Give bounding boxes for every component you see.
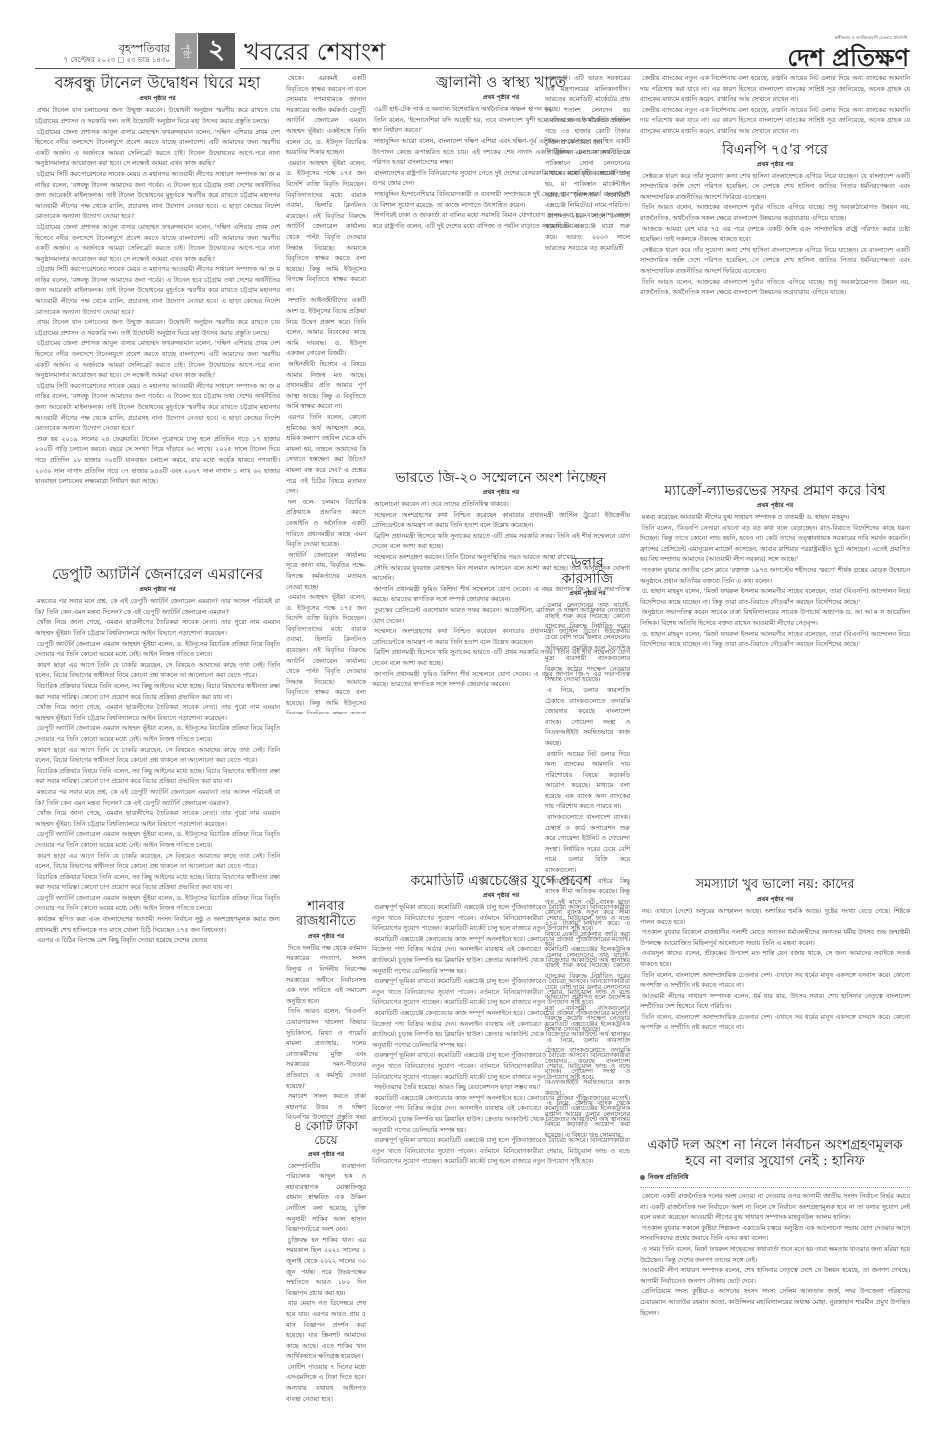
headline: শনিবার রাজধানীতে [286, 900, 366, 930]
masthead-date: ৭ সেপ্টেম্বর ২০২৩ □ ২৩ ভাদ্র ১৪৩০ [40, 54, 170, 66]
headline: ডলার কারসাজি [545, 555, 630, 587]
paragraph: গতকাল বুধবার বিকেলে রাজধানীর পলাশী মোড়ে… [640, 928, 910, 949]
article-body: মন্তব্য করেছেন আওয়ামী লীগের যুগ্ম সাধার… [640, 513, 910, 651]
divider [640, 1187, 910, 1188]
article-body: দিতে দলটির পক্ষ থেকে বর্তমান সরকারের পদত… [286, 944, 366, 1120]
paragraph: ব্যাংকগুলোতে বাংলাদেশ ব্যাংক। চেম্বার্স … [545, 813, 630, 877]
paragraph: ব্রিটিশ প্রধানমন্ত্রী হিসেবে ঋষি সুনাকের… [372, 532, 630, 553]
paragraph: চট্টগ্রাম সিটি করপোরেশনের সাবেক মেয়র ও … [35, 265, 280, 318]
paragraph: নেপাল: ২০০৭ সালে নেপালে কমোডিটি এক্সচেঞ্… [545, 212, 630, 254]
paragraph: এ সময় তিনি বলেন, মির্জা ফখরুল সাহেবদের … [640, 1245, 910, 1266]
headline: বঙ্গবন্ধু টানেল উদ্বোধন ঘিরে মহা [35, 74, 280, 92]
paragraph: খোঁজ নিয়ে জানা গেছে, এমরান ছাত্রলীগের ত… [35, 618, 280, 639]
byline: নিজস্ব প্রতিনিধি [640, 1172, 910, 1183]
paragraph: বিচারিক প্রক্রিয়ার বিষয়ে তিনি বলেন, সব… [35, 682, 280, 703]
paragraph: কোম্পানিটির ব্যবস্থাপনা পরিচালক আব্দুল হ… [286, 1162, 366, 1236]
paragraph: খোঁজ নিয়ে জানা গেছে, এমরান ছাত্রলীগের ত… [35, 703, 280, 724]
paragraph: থেকে। এরকমই একটি বিবৃতিতে স্বাক্ষর করবেন… [286, 74, 366, 159]
paragraph: অনুষ্ঠানে সভাপতিত্ব করেন সাবেক ঢাকা বিশ্… [640, 608, 910, 629]
headline: সমস্যাটা খুব ভালো নয়: কাদের [640, 878, 910, 893]
paragraph: পাকিস্তান: ২০০৭ সালের ১১ মে পাকিস্তানে স… [545, 148, 630, 212]
article-tunnel: বঙ্গবন্ধু টানেল উদ্বোধন ঘিরে মহা প্রথম প… [35, 74, 280, 562]
paragraph: ডেপুটি অ্যাটর্নি জেনারেল এমরান আহম্মদ ভূ… [35, 640, 280, 661]
article-saturday-capital: শনিবার রাজধানীতে প্রথম পৃষ্ঠার পর দিতে দ… [286, 900, 366, 1120]
paragraph: এমরান আহম্মদ ভূঁইয়া বলেন, ড. ইউনূসের পক… [286, 159, 366, 297]
article-body: সেক্টরকে ধারণ করে তাঁর সুযোগ্য কন্যা শেখ… [640, 172, 910, 299]
paragraph: ড. হাছান মাহমুদ বলেন, 'মির্জা ফখরুল ইসলা… [640, 630, 910, 651]
paragraph: প্রেসিডিয়াম সদস্য কুষ্টিয়া-৪ আসনের সংস… [640, 1287, 910, 1319]
headline: ভারতে জি-২০ সম্মেলনে অংশ নিচ্ছেন [372, 470, 630, 486]
headline: ৪ কোটি টাকা চেয়ে [286, 1120, 366, 1148]
article-body: কেন্দ্রীয় ব্যাংকের নতুন এক নির্দেশনায় … [640, 74, 910, 138]
paragraph: তিনি আরও বলেন, আজকের বাংলাদেশ দুর্বার গত… [640, 278, 910, 299]
article-macron: ম্যাক্রোঁ-ল্যাভরভের সফর প্রমাণ করে বিশ্ব… [640, 483, 910, 878]
continued-label: প্রথম পৃষ্ঠার পর [640, 159, 910, 170]
paragraph: নোটিশ পাওয়ার ৭ দিনের মধ্যে এসএমসিকে এ ট… [286, 1363, 366, 1405]
continued-label: প্রথম পৃষ্ঠার পর [640, 894, 910, 905]
continued-label: প্রথম পৃষ্ঠার পর [640, 500, 910, 511]
article-body: থেকে। এরকমই একটি বিবৃতিতে স্বাক্ষর করবেন… [286, 74, 366, 714]
paragraph: এ নিয়ে, ডলার কারসাজি ঠেকাতে ব্যাংকগুলোত… [545, 686, 630, 750]
paragraph: গতকাল বুধবার সকালে কুষ্টিয়া শিল্পকলা এক… [640, 1224, 910, 1245]
continued-label: প্রথম পৃষ্ঠার পর [545, 588, 630, 599]
paragraph: কারণ ছাড়া এর আগে তিনি যে চাকরি করেছেন, … [35, 746, 280, 767]
continued-label: প্রথম পৃষ্ঠার পর [372, 487, 630, 498]
paragraph: ওবায়দুল কাদের বলেন, শ্রীকৃষ্ণের উপদেশ ম… [640, 949, 910, 970]
article-four-crore: ৪ কোটি টাকা চেয়ে প্রথম পৃষ্ঠার পর কোম্প… [286, 1120, 366, 1446]
paragraph: আওয়ামী লীগ সাধারণ সম্পাদক বলেন, শেখ হাস… [640, 1266, 910, 1287]
paragraph: চট্টগ্রাম সিটি করপোরেশনের সাবেক মেয়র ও … [35, 170, 280, 223]
continued-label: প্রথম পৃষ্ঠার পর [286, 931, 366, 942]
article-body: এক্সচেঞ্জ। এটি ভারত সরকারের অর্থ মন্ত্রণ… [545, 74, 630, 254]
paragraph: এমরান আহম্মদ ভূঁইয়া বলেন, ড. ইউনূসের পক… [286, 593, 366, 714]
article-hanif: একটি দল অংশ না নিলে নির্বাচন অংশগ্রহণমূল… [640, 1138, 910, 1446]
divider [35, 68, 175, 69]
paragraph: মন্তব্য করেছেন আওয়ামী লীগের যুগ্ম সাধার… [640, 513, 910, 524]
paragraph: চট্টগ্রাম সিটি করপোরেশনের সাবেক মেয়র ও … [35, 382, 280, 435]
paragraph: কারণ ছাড়া এর আগে তিনি যে চাকরি করেছেন, … [35, 661, 280, 682]
paragraph: ডেপুটি অ্যাটর্নি জেনারেল এমরান আহম্মদ ভূ… [35, 894, 280, 915]
paragraph: ডলার লেনদেনের তথ্য যাচাই-বাছাই শুরু করে … [545, 601, 630, 686]
paragraph: এ নিয়ে, ডলার কারসাজি ঠেকাতে ব্যাংকগুলোত… [545, 1036, 630, 1100]
paragraph: এরপর তিনি বলেন, কোনো শ্রমিকের অর্থ আত্মস… [286, 413, 366, 498]
paragraph: কার্যক্রম স্থগিত করা এবং বাংলাদেশের আগাম… [35, 915, 280, 936]
paragraph: চট্টগ্রামের জেলা প্রশাসক আবুল বাসার মোহা… [35, 128, 280, 170]
paragraph: তিনি বলেন, বাংলাদেশ অসাম্প্রদায়িক চেতনা… [640, 971, 910, 992]
bullet-icon [640, 1175, 645, 1180]
continued-label: প্রথম পৃষ্ঠার পর [35, 93, 280, 104]
paragraph: তিনি আরও বলেন, 'বিএনপি চেয়ারপারসন খালেদ… [286, 1007, 366, 1092]
paragraph: প্রথম টানেল যান চলাচলের জন্য উন্মুক্ত কর… [35, 106, 280, 127]
paragraph: কোনো একটি রাজনৈতিক দলের অংশ নেওয়া না নে… [640, 1192, 910, 1224]
article-body: মন্তব্যের পর সবার মনে প্রশ্ন, কে এই ডেপু… [35, 597, 280, 947]
paragraph: বিচারিক প্রক্রিয়ার বিষয়ে তিনি বলেন, সব… [35, 873, 280, 894]
page-number: ২ [198, 33, 235, 69]
page-label: পৃষ্ঠা [175, 33, 197, 69]
headline: ম্যাক্রোঁ-ল্যাভরভের সফর প্রমাণ করে বিশ্ব [640, 483, 910, 499]
paragraph: এক্সচেঞ্জ। এটি ভারত সরকারের অর্থ মন্ত্রণ… [545, 74, 630, 148]
paragraph: আজকে আমরা বেশ মাত্র ৭৫ এর পরে দেশকে একটি… [640, 225, 910, 246]
paragraph: সেক্টরকে ধারণ করে তাঁর সুযোগ্য কন্যা শেখ… [640, 172, 910, 204]
paragraph: কেন্দ্রীয় ব্যাংকের নতুন এক নির্দেশনায় … [640, 74, 910, 106]
paragraph: অ্যাটর্নি জেনারেল কার্যালয় সূত্রে জানা … [286, 551, 366, 593]
paragraph: ড. হাছান মাহমুদ বলেন, 'মির্জা ফখরুল ইসলা… [640, 587, 910, 608]
paragraph: আলোচনা করবেন না। তবে তাদের প্রতিনিধিত্ব … [372, 500, 630, 511]
paragraph: খোঁজ নিয়ে জানা গেছে, এমরান ছাত্রলীগের ত… [35, 809, 280, 830]
paragraph: সম্প্রতি আইনজীবীদের একটি অংশ ড. ইউনূসের … [286, 296, 366, 360]
paragraph: মন্তব্যের পর সবার মনে প্রশ্ন, কে এই ডেপু… [35, 788, 280, 809]
article-deputy-ag-continued: থেকে। এরকমই একটি বিবৃতিতে স্বাক্ষর করবেন… [286, 74, 366, 714]
paragraph: বিচারিক প্রক্রিয়ার বিষয়ে তিনি বলেন, সব… [35, 767, 280, 788]
article-bnp-75: কেন্দ্রীয় ব্যাংকের নতুন এক নির্দেশনায় … [640, 74, 910, 472]
article-body: কোম্পানিটির ব্যবস্থাপনা পরিচালক আব্দুল হ… [286, 1162, 366, 1406]
paragraph: চট্টগ্রামের জেলা প্রশাসক আবুল বাসার মোহা… [35, 223, 280, 265]
article-commodity-continued: এক্সচেঞ্জ। এটি ভারত সরকারের অর্থ মন্ত্রণ… [545, 74, 630, 472]
paragraph: এ নিয়ে, কেন্দ্রীয় ব্যাংক থেকে রপ্তানি … [545, 1099, 630, 1141]
article-body: প্রথম টানেল যান চলাচলের জন্য উন্মুক্ত কর… [35, 106, 280, 487]
paragraph: সাধারণতও এর বাইরে কিছু ব্যাংক সীমা অতিক্… [545, 877, 630, 951]
paragraph: সম্মেলনে অংশগ্রহণের কথা নিশ্চিত করেছেন ক… [372, 511, 630, 532]
paragraph: প্রথম টানেল যান চলাচলের জন্য উন্মুক্ত কর… [35, 318, 280, 339]
headline: একটি দল অংশ না নিলে নির্বাচন অংশগ্রহণমূল… [640, 1138, 910, 1169]
paragraph: আইনজীবী হিসেবে এ বিষয়ে আমার নিজস্ব মত আ… [286, 360, 366, 413]
paragraph: দল বলে- চলমান বিচারিক প্রক্রিয়াকে প্রভা… [286, 498, 366, 551]
paragraph: তিনি বলেন, বাংলাদেশ অসাম্প্রদায়িক চেতনা… [640, 1013, 910, 1034]
article-deputy-ag: ডেপুটি অ্যাটর্নি জেনারেল এমরানের প্রথম প… [35, 566, 280, 1446]
byline-text: নিজস্ব প্রতিনিধি [648, 1173, 689, 1181]
paragraph: নয়। এখানে (দেশে) অসুরের আস্ফালন আছে। অশ… [640, 907, 910, 928]
paragraph: তিনি আরও বলেন, আজকের বাংলাদেশ দুর্বার গত… [640, 203, 910, 224]
paragraph: আওয়ামী লীগের সাধারণ সম্পাদক বলেন, ধর্ম … [640, 992, 910, 1013]
paragraph: যার মেয়াদ গত ডিসেম্বরে শেষ হয়ে যায়। এ… [286, 1299, 366, 1363]
paragraph: কারণ ছাড়া এর আগে তিনি যে চাকরি করেছেন, … [35, 852, 280, 873]
article-quader: সমস্যাটা খুব ভালো নয়: কাদের প্রথম পৃষ্ঠ… [640, 878, 910, 1136]
continued-label: প্রথম পৃষ্ঠার পর [35, 584, 280, 595]
paragraph: এরপর এ চিঠির বিপক্ষে বেশ কিছু বিবৃতি দেও… [35, 936, 280, 947]
paragraph: ডলার লেনদেনের তথ্য যাচাই-বাছাই শুরু করে … [545, 951, 630, 1036]
paragraph: গতকাল বুধবার জাতীয় প্রেস ক্লাবে 'রক্তাক… [640, 566, 910, 587]
article-body: ডলার লেনদেনের তথ্য যাচাই-বাছাই শুরু করে … [545, 601, 630, 1141]
paragraph: দিতে দলটির পক্ষ থেকে বর্তমান সরকারের পদত… [286, 944, 366, 1008]
paragraph: ডেপুটি অ্যাটর্নি জেনারেল এমরান আহম্মদ ভূ… [35, 724, 280, 745]
article-body: কোনো একটি রাজনৈতিক দলের অংশ নেওয়া না নে… [640, 1192, 910, 1319]
paragraph: চট্টগ্রামের জেলা প্রশাসক আবুল বাসার মোহা… [35, 339, 280, 381]
paragraph: কেন্দ্রীয় ব্যাংকের নতুন এক নির্দেশনায় … [640, 106, 910, 138]
paragraph: তিনি বলেন, 'বিএনপি নেতারা এখনো বড় বড় ক… [640, 524, 910, 566]
masthead: বৃহস্পতিবার ৭ সেপ্টেম্বর ২০২৩ □ ২৩ ভাদ্র… [0, 0, 945, 70]
headline: ডেপুটি অ্যাটর্নি জেনারেল এমরানের [35, 566, 280, 583]
paragraph: রপ্তানি আয়ের নিট ডলার দিয়ে অন্য ব্যাংক… [545, 750, 630, 814]
divider [240, 68, 905, 69]
paragraph: শুরু হয় ২০১৯ সালের ২৪ ফেব্রুয়ারি। টানে… [35, 435, 280, 488]
headline: বিএনপি ৭৫'র পরে [640, 142, 910, 158]
article-body: নয়। এখানে (দেশে) অসুরের আস্ফালন আছে। অশ… [640, 907, 910, 1034]
paragraph: সমাবেশ সফল করতে ঢাকা মহানগর উত্তর ও দক্ষ… [286, 1092, 366, 1120]
paragraph: সেক্টরকে ধারণ করে তাঁর সুযোগ্য কন্যা শেখ… [640, 246, 910, 278]
paragraph: ডেপুটি অ্যাটর্নি জেনারেল এমরান আহম্মদ ভূ… [35, 830, 280, 851]
article-dollar: ডলার কারসাজি প্রথম পৃষ্ঠার পর ডলার লেনদে… [545, 555, 630, 1446]
paragraph: চুক্তিবদ্ধ হন শাকিব খান। এর সময়কাল ছিল … [286, 1236, 366, 1300]
paragraph: মন্তব্যের পর সবার মনে প্রশ্ন, কে এই ডেপু… [35, 597, 280, 618]
continued-label: প্রথম পৃষ্ঠার পর [286, 1149, 366, 1160]
